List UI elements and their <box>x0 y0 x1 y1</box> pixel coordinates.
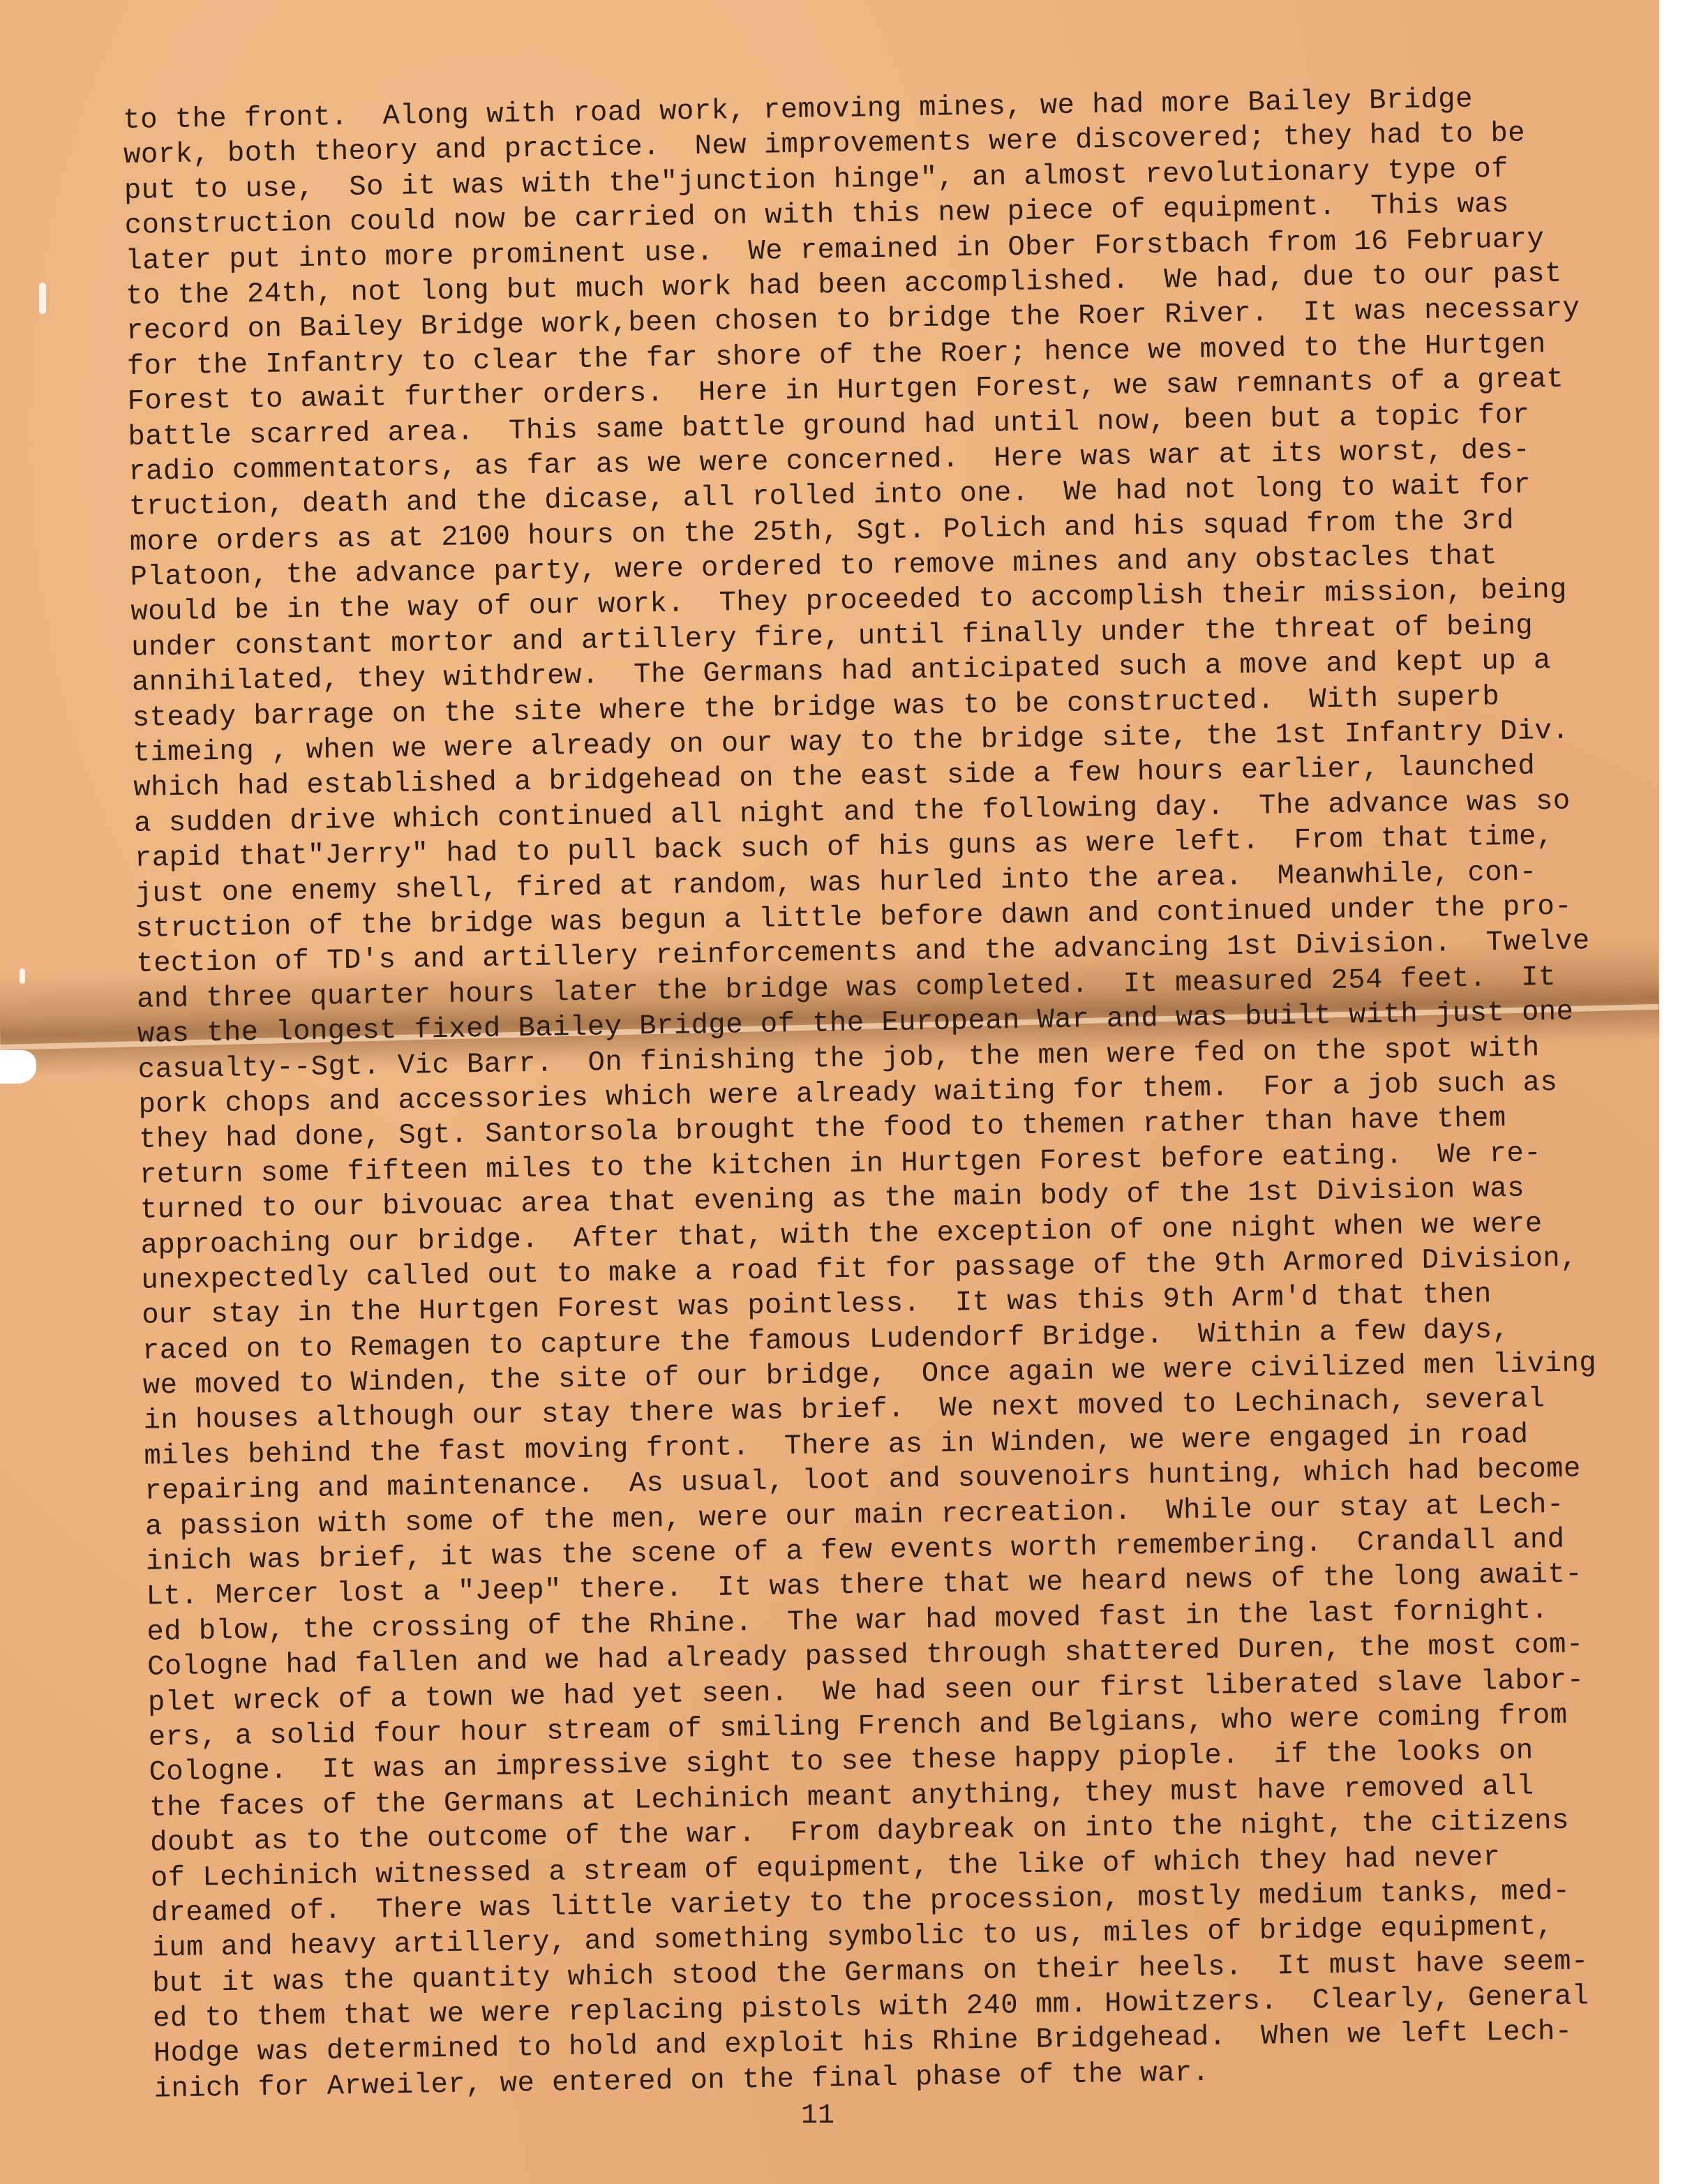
paper-nick <box>20 968 25 984</box>
paper-nick <box>39 283 46 314</box>
paper-page: to the front. Along with road work, remo… <box>0 0 1659 2184</box>
paper-hole <box>0 1050 36 1084</box>
page-number: 11 <box>801 2100 834 2132</box>
typewritten-body: to the front. Along with road work, remo… <box>123 80 1661 2107</box>
